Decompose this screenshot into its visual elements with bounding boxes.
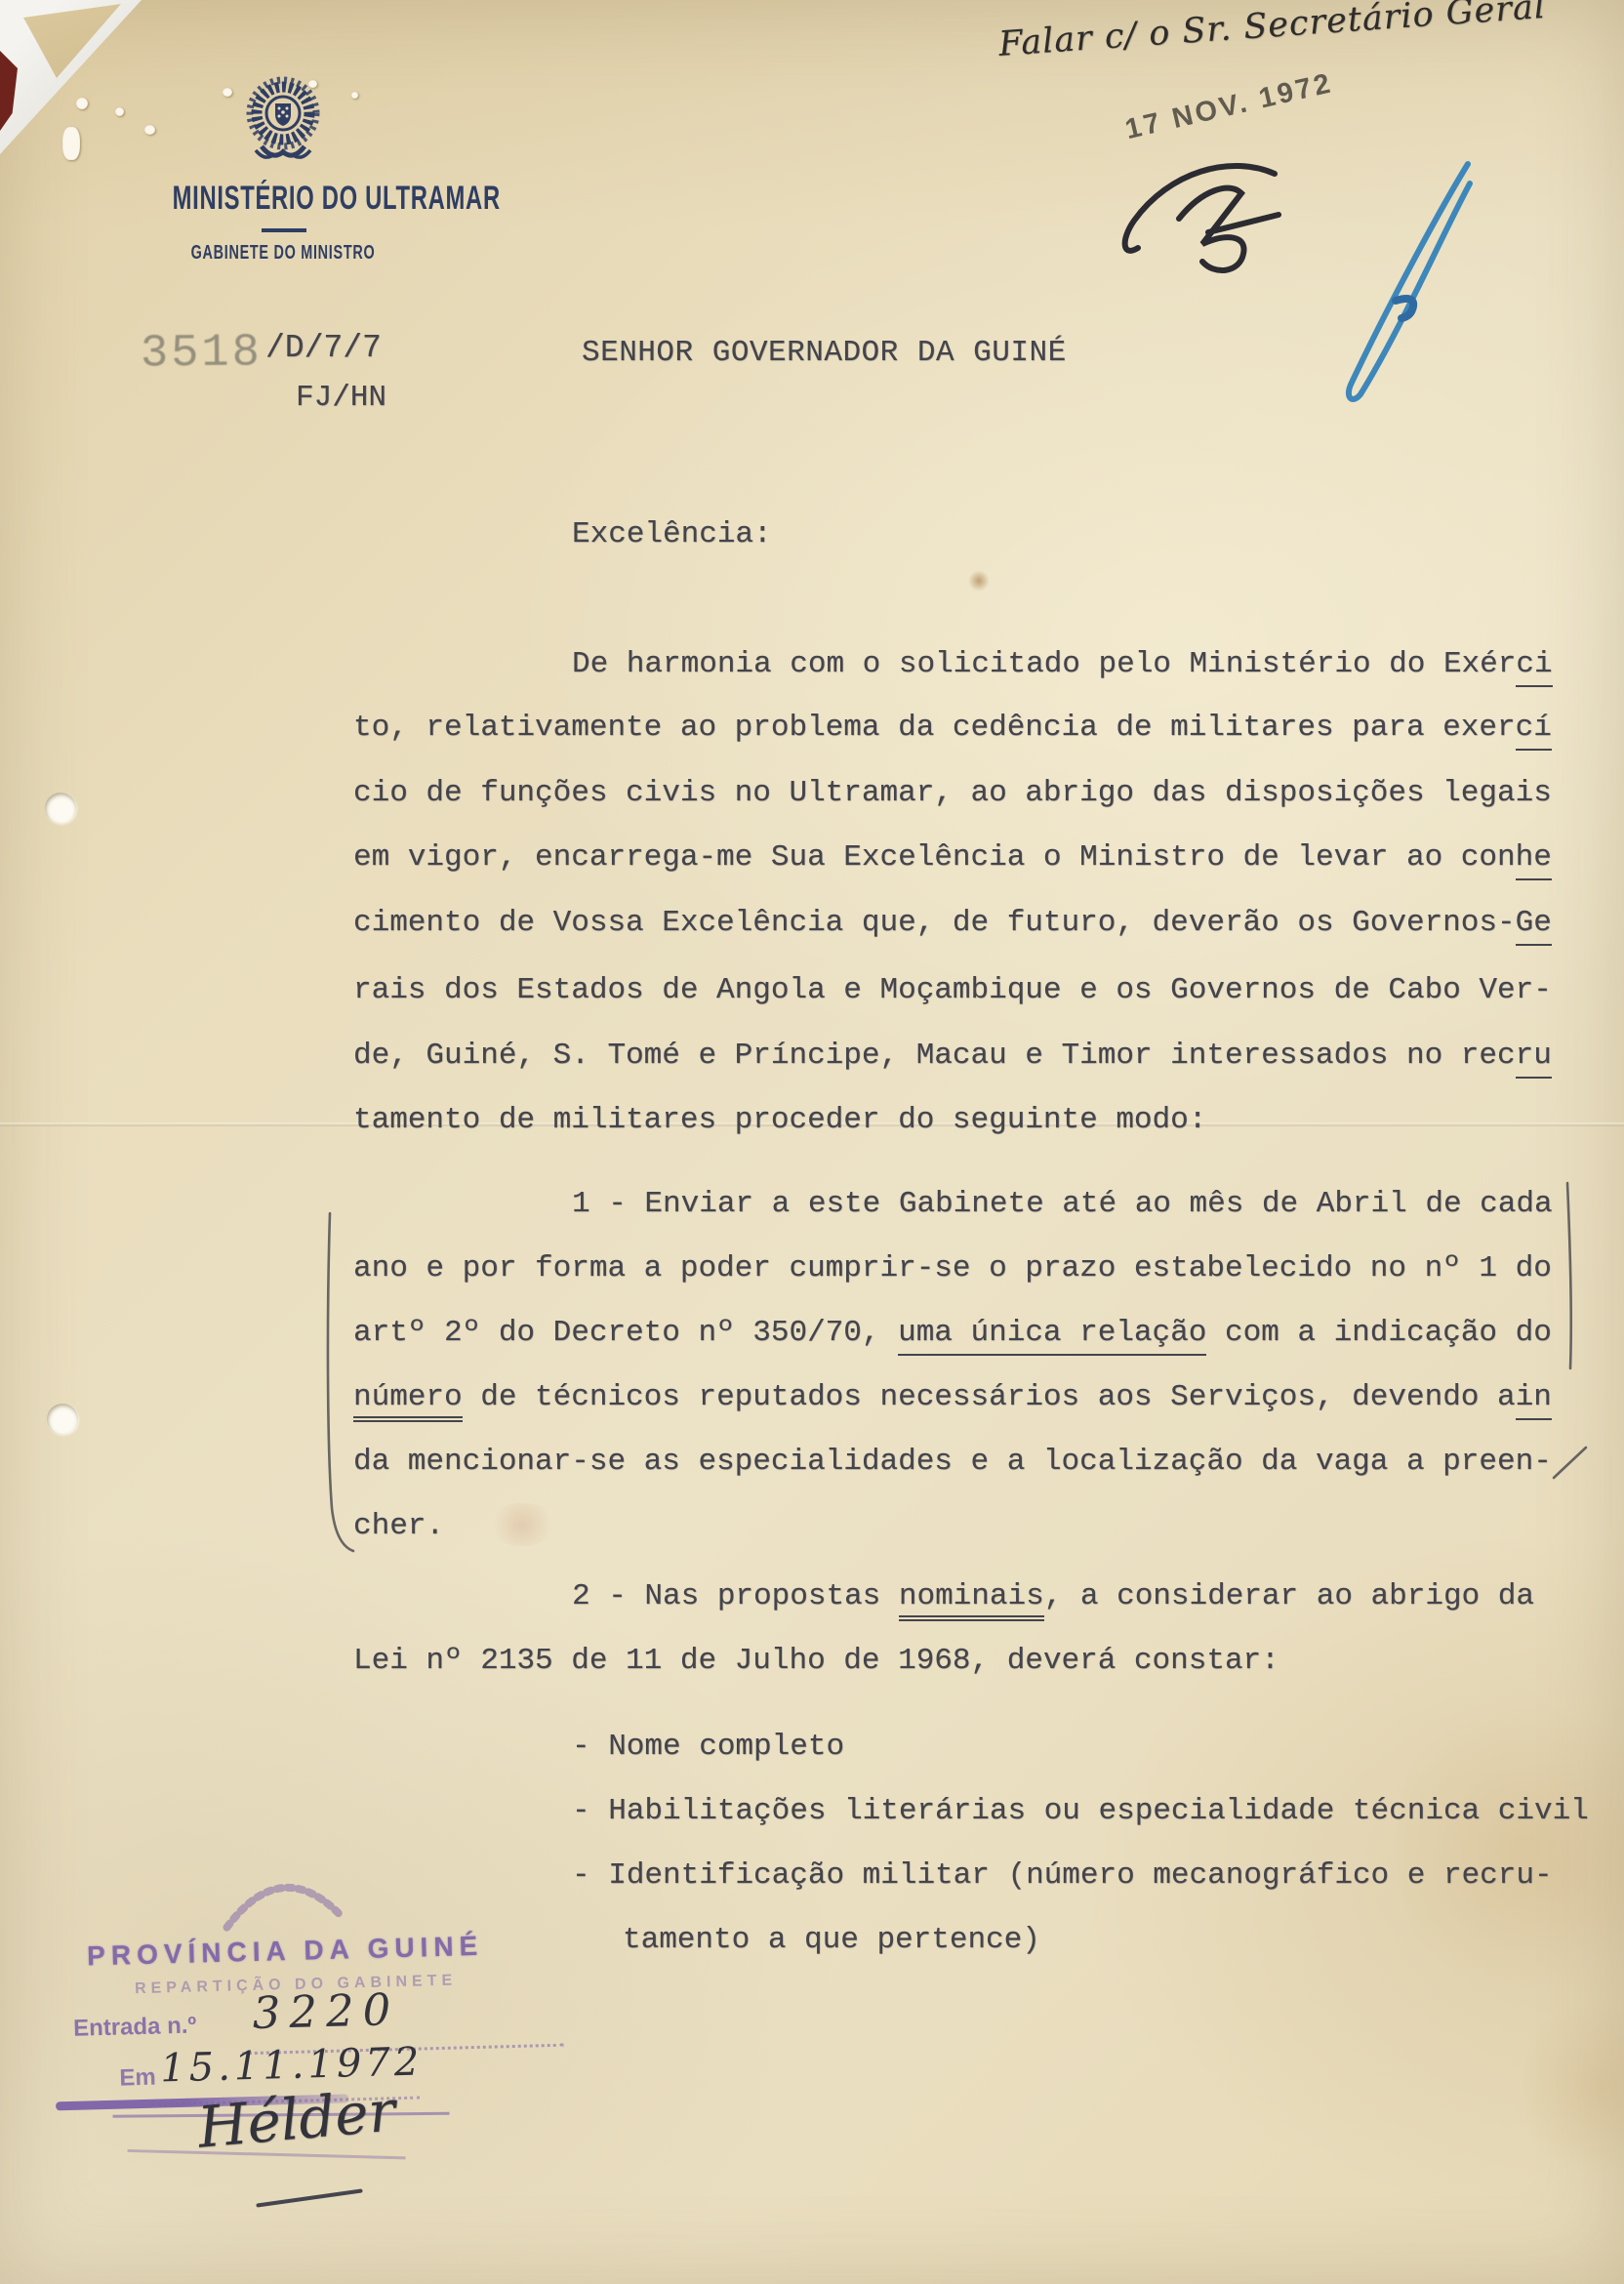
- stamp-date-label: Em: [119, 2064, 156, 2093]
- typed-line: número de técnicos reputados necessários…: [353, 1380, 1552, 1422]
- stamp-crest-arc-icon: [214, 1865, 352, 1934]
- paper-stain: [1396, 1679, 1624, 2011]
- stamp-province: PROVÍNCIA DA GUINÉ: [87, 1931, 484, 1973]
- typed-line: rais dos Estados de Angola e Moçambique …: [353, 973, 1552, 1008]
- typed-line: da mencionar-se as especialidades e a lo…: [353, 1445, 1552, 1480]
- stamp-entry-label: Entrada n.º: [73, 2013, 197, 2043]
- signature-underline: [256, 2188, 362, 2207]
- typist-initials: FJ/HN: [296, 381, 386, 415]
- coat-of-arms-icon: [223, 68, 344, 174]
- initials-scrawl-icon: [1093, 146, 1318, 283]
- typed-line: tamento de militares proceder do seguint…: [353, 1103, 1206, 1138]
- typed-line: Lei nº 2135 de 11 de Julho de 1968, deve…: [353, 1644, 1279, 1679]
- ink-stain: [968, 570, 990, 591]
- typed-line: Excelência:: [572, 517, 772, 552]
- paper-speck: [115, 107, 124, 116]
- punch-hole: [45, 793, 76, 824]
- ministry-title: MINISTÉRIO DO ULTRAMAR: [173, 180, 394, 218]
- typed-line: De harmonia com o solicitado pelo Minist…: [572, 647, 1553, 687]
- entry-number-handwritten: 3220: [252, 1983, 400, 2039]
- paper-speck: [351, 92, 358, 99]
- typed-line: cio de funções civis no Ultramar, ao abr…: [353, 776, 1552, 811]
- blue-pen-mark-icon: [1325, 154, 1491, 428]
- typed-line: tamento a que pertence): [623, 1923, 1040, 1958]
- received-date-stamp: 17 NOV. 1972: [1122, 67, 1336, 146]
- office-subtitle: GABINETE DO MINISTRO: [169, 242, 396, 265]
- addressee-line: SENHOR GOVERNADOR DA GUINÉ: [582, 336, 1067, 370]
- paper-speck: [76, 98, 88, 109]
- typed-line: to, relativamente ao problema da cedênci…: [353, 711, 1552, 751]
- typed-line: de, Guiné, S. Tomé e Príncipe, Macau e T…: [353, 1039, 1552, 1079]
- handwritten-note: Falar c/ o Sr. Secretário Geral: [997, 0, 1584, 64]
- typed-line: 1 - Enviar a este Gabinete até ao mês de…: [572, 1187, 1553, 1222]
- paper-stain: [1522, 1991, 1624, 2186]
- typed-line: 2 - Nas propostas nominais, a considerar…: [572, 1579, 1534, 1621]
- paper-tear: [62, 127, 80, 160]
- typed-line: artº 2º do Decreto nº 350/70, uma única …: [353, 1316, 1552, 1356]
- typed-line: - Habilitações literárias ou especialida…: [572, 1794, 1589, 1829]
- typed-line: ano e por forma a poder cumprir-se o pra…: [353, 1251, 1552, 1286]
- paper-smudge: [488, 1503, 556, 1546]
- typed-line: - Nome completo: [572, 1730, 844, 1765]
- registry-number-stamp: 3518: [141, 327, 263, 380]
- document-page: MINISTÉRIO DO ULTRAMAR GABINETE DO MINIS…: [0, 0, 1624, 2284]
- reference-suffix: /D/7/7: [265, 330, 382, 366]
- typed-line: em vigor, encarrega-me Sua Excelência o …: [353, 840, 1552, 880]
- letterhead-divider: [262, 228, 306, 232]
- punch-hole: [47, 1404, 78, 1435]
- typed-line: cimento de Vossa Excelência que, de futu…: [353, 906, 1552, 946]
- typed-line: cher.: [353, 1509, 444, 1544]
- typed-line: - Identificação militar (número mecanogr…: [572, 1858, 1553, 1894]
- paper-speck: [144, 125, 155, 135]
